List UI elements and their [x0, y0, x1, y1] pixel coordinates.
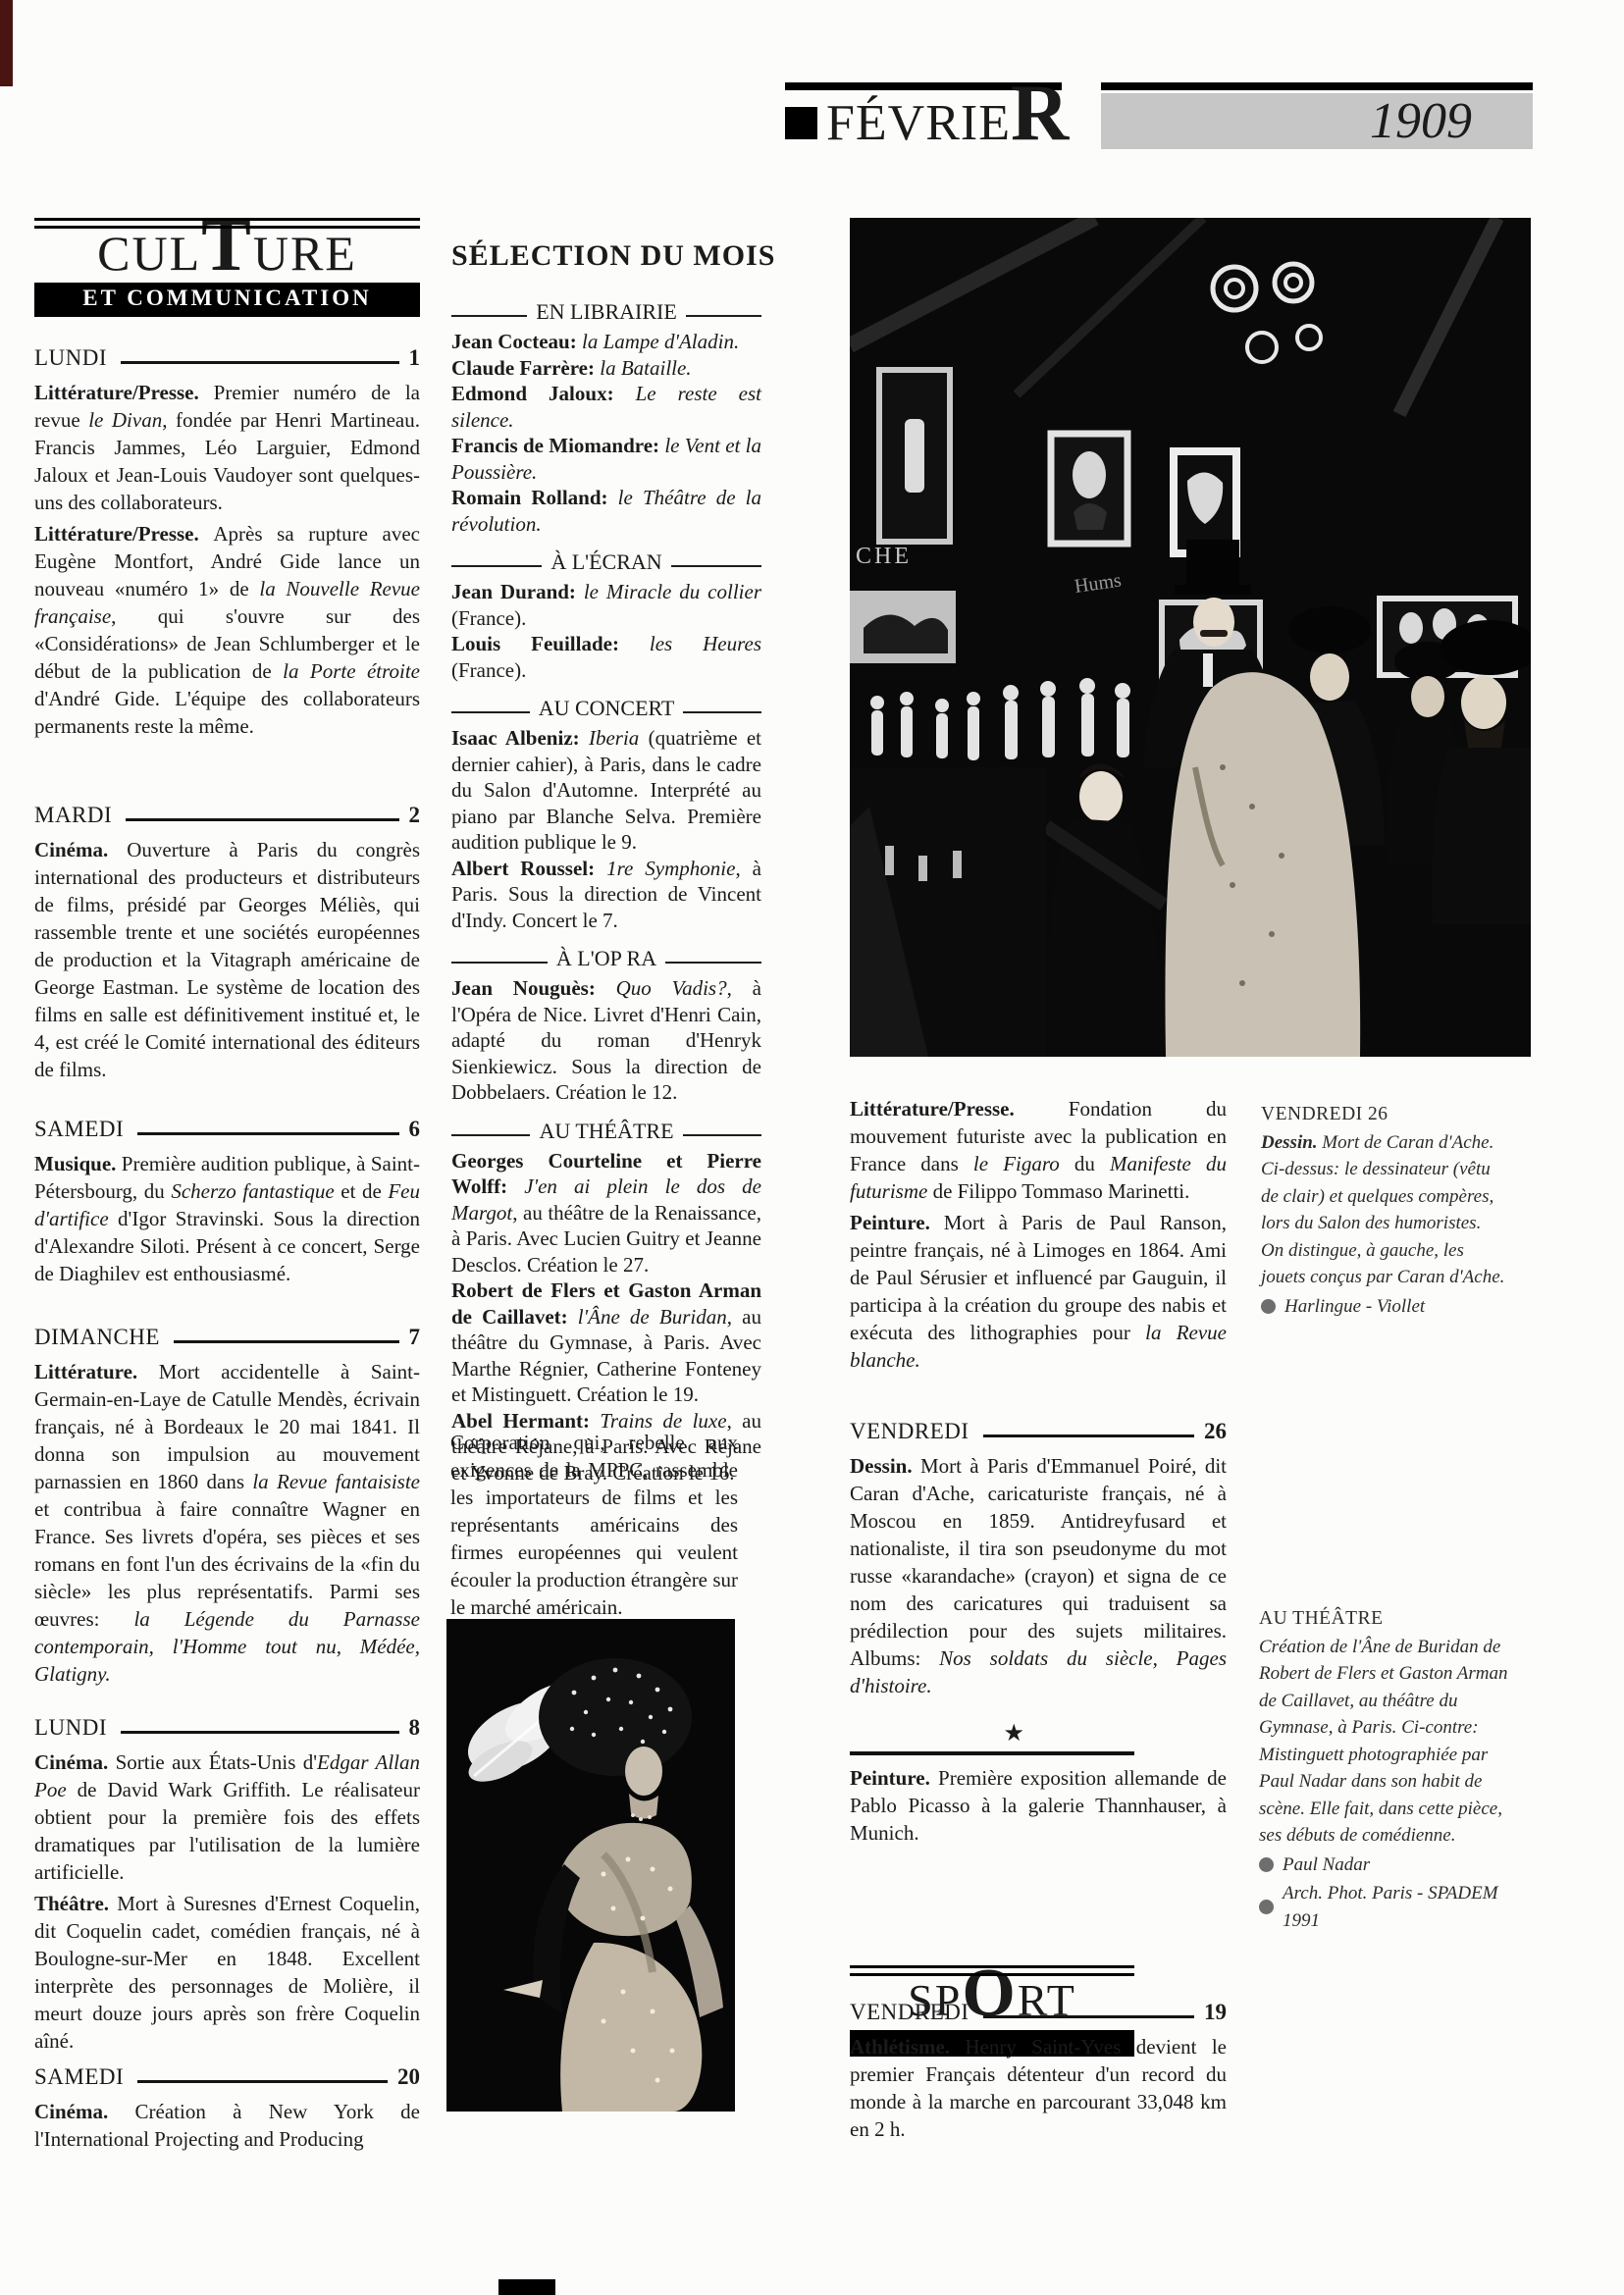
culture-subtitle-bar: ET COMMUNICATION [34, 283, 420, 317]
section-label: AU CONCERT [539, 696, 675, 720]
selection-item: Robert de Flers et Gaston Arman de Caill… [451, 1278, 761, 1408]
separator-rule [850, 1751, 1134, 1755]
continuation-paragraph-block: Corporation qui, rebelle aux exigences d… [450, 1429, 738, 1625]
section-rule [683, 711, 761, 713]
photo-credit: Harlingue - Viollet [1261, 1293, 1506, 1321]
paragraph: Athlétisme. Henry Saint-Yves devient le … [850, 2033, 1227, 2143]
section-label: AU THÉÂTRE [539, 1119, 673, 1143]
selection-item: Isaac Albeniz: Iberia (quatrième et dern… [451, 725, 761, 856]
caption-body: Dessin. Mort de Caran d'Ache. Ci-dessus:… [1261, 1129, 1506, 1291]
entry-day-header: LUNDI 1 [34, 345, 420, 371]
paragraph: Littérature. Mort accidentelle à Saint-G… [34, 1358, 420, 1688]
section-header: EN LIBRAIRIE [451, 299, 761, 324]
day-number: 8 [409, 1715, 421, 1741]
entry-day-header: MARDI 2 [34, 803, 420, 828]
photo-credit-text: Arch. Phot. Paris - SPADEM 1991 [1283, 1880, 1522, 1934]
month-banner: FÉVRIER [785, 82, 1097, 152]
paragraph: Cinéma. Sortie aux États-Unis d'Edgar Al… [34, 1748, 420, 1886]
day-number: 6 [409, 1117, 421, 1142]
day-label: SAMEDI [34, 1117, 124, 1142]
day-rule [121, 1731, 398, 1734]
day-number: 19 [1204, 2000, 1227, 2025]
month-label: FÉVRIER [785, 94, 1097, 152]
year-band: 1909 [1101, 93, 1533, 149]
print-mark-left [0, 0, 13, 86]
section-rule [451, 565, 542, 567]
caption-heading: AU THÉÂTRE [1259, 1605, 1522, 1633]
entry-vendredi-26: VENDREDI 26 Dessin. Mort à Paris d'Emman… [850, 1419, 1227, 1703]
selection-item: Romain Rolland: le Théâtre de la révolut… [451, 485, 761, 537]
right-column-paragraphs: Littérature/Presse. Fondation du mouveme… [850, 1095, 1227, 1378]
day-number: 7 [409, 1325, 421, 1350]
entry-vendredi-19: VENDREDI 19 Athlétisme. Henry Saint-Yves… [850, 2000, 1227, 2147]
section-rule [686, 315, 761, 317]
section-label: EN LIBRAIRIE [536, 299, 677, 324]
section-rule [451, 1134, 530, 1136]
photo-credit-text: Paul Nadar [1283, 1852, 1370, 1879]
masthead-rule [34, 218, 420, 221]
selection-section-opera: À L'OP RA Jean Nouguès: Quo Vadis?, à l'… [451, 946, 761, 1106]
selection-section-ecran: À L'ÉCRAN Jean Durand: le Miracle du col… [451, 549, 761, 683]
picasso-paragraph-block: Peinture. Première exposition allemande … [850, 1764, 1227, 1851]
selection-title: SÉLECTION DU MOIS [451, 238, 761, 274]
paragraph: Littérature/Presse. Fondation du mouveme… [850, 1095, 1227, 1205]
selection-item: Louis Feuillade: les Heures (France). [451, 631, 761, 683]
magazine-page: FÉVRIER 1909 CULTURE ET COMMUNICATION LU… [0, 0, 1624, 2295]
photo-credit: Paul Nadar [1259, 1852, 1522, 1879]
year-label: 1909 [1101, 93, 1533, 149]
selection-item: Jean Nouguès: Quo Vadis?, à l'Opéra de N… [451, 975, 761, 1106]
caption-body: Création de l'Âne de Buridan de Robert d… [1259, 1634, 1522, 1850]
day-rule [983, 1434, 1194, 1437]
section-label: À L'OP RA [556, 946, 656, 970]
selection-item: Albert Roussel: 1re Symphonie, à Paris. … [451, 856, 761, 934]
selection-item: Georges Courteline et Pierre Wolff: J'en… [451, 1148, 761, 1278]
salon-photo: CHE Hums [850, 218, 1531, 1057]
day-label: LUNDI [34, 1715, 107, 1741]
photo-credit-text: Harlingue - Viollet [1284, 1293, 1425, 1321]
star-separator: ★ [850, 1721, 1134, 1755]
paragraph: Musique. Première audition publique, à S… [34, 1150, 420, 1287]
day-rule [137, 2080, 388, 2083]
paragraph: Peinture. Mort à Paris de Paul Ranson, p… [850, 1209, 1227, 1374]
star-icon: ★ [850, 1721, 1134, 1747]
paragraph: Littérature/Presse. Premier numéro de la… [34, 379, 420, 516]
year-banner-rule [1101, 82, 1533, 90]
entry-day-header: DIMANCHE 7 [34, 1325, 420, 1350]
paragraph: Cinéma. Ouverture à Paris du congrès int… [34, 836, 420, 1083]
section-rule [665, 962, 761, 964]
culture-entry-lundi-8: LUNDI 8 Cinéma. Sortie aux États-Unis d'… [34, 1715, 420, 2059]
day-number: 26 [1204, 1419, 1227, 1444]
mistinguett-photo-art [446, 1619, 735, 2112]
section-header: À L'OP RA [451, 946, 761, 970]
day-label: VENDREDI [850, 1419, 969, 1444]
section-rule [451, 315, 527, 317]
selection-item: Jean Cocteau: la Lampe d'Aladin. [451, 329, 761, 355]
svg-text:CHE: CHE [856, 544, 912, 569]
salon-photo-art: CHE Hums [850, 218, 1531, 1057]
caption-theatre: AU THÉÂTRE Création de l'Âne de Buridan … [1259, 1605, 1522, 1934]
entry-day-header: LUNDI 8 [34, 1715, 420, 1741]
day-rule [983, 2015, 1194, 2018]
black-square-icon [785, 107, 817, 139]
section-header: AU THÉÂTRE [451, 1119, 761, 1143]
day-label: SAMEDI [34, 2064, 124, 2090]
selection-item: Edmond Jaloux: Le reste est silence. [451, 381, 761, 433]
entry-day-header: VENDREDI 26 [850, 1419, 1227, 1444]
section-rule [451, 962, 548, 964]
paragraph: Dessin. Mort à Paris d'Emmanuel Poiré, d… [850, 1452, 1227, 1699]
section-label: À L'ÉCRAN [550, 549, 661, 574]
entry-day-header: SAMEDI 20 [34, 2064, 420, 2090]
day-rule [174, 1340, 399, 1343]
entry-day-header: VENDREDI 19 [850, 2000, 1227, 2025]
selection-item: Jean Durand: le Miracle du collier (Fran… [451, 579, 761, 631]
photo-credit-bullet-icon [1259, 1857, 1274, 1872]
selection-section-concert: AU CONCERT Isaac Albeniz: Iberia (quatri… [451, 696, 761, 933]
photo-credit-bullet-icon [1261, 1299, 1276, 1314]
selection-column: SÉLECTION DU MOIS EN LIBRAIRIE Jean Coct… [451, 238, 761, 1486]
day-number: 2 [409, 803, 421, 828]
masthead-rule [850, 1973, 1134, 1976]
section-rule [451, 711, 530, 713]
day-number: 1 [409, 345, 421, 371]
culture-masthead: CULTURE ET COMMUNICATION [34, 218, 420, 317]
culture-entry-mardi-2: MARDI 2 Cinéma. Ouverture à Paris du con… [34, 803, 420, 1087]
culture-entry-samedi-20: SAMEDI 20 Cinéma. Création à New York de… [34, 2064, 420, 2157]
day-label: VENDREDI [850, 2000, 969, 2025]
continuation-paragraph: Corporation qui, rebelle aux exigences d… [450, 1429, 738, 1621]
paragraph: Peinture. Première exposition allemande … [850, 1764, 1227, 1847]
day-rule [126, 818, 398, 821]
day-number: 20 [397, 2064, 420, 2090]
section-header: AU CONCERT [451, 696, 761, 720]
section-rule [683, 1134, 761, 1136]
selection-section-librairie: EN LIBRAIRIE Jean Cocteau: la Lampe d'Al… [451, 299, 761, 537]
selection-item: Claude Farrère: la Bataille. [451, 355, 761, 382]
paragraph: Cinéma. Création à New York de l'Interna… [34, 2098, 420, 2153]
section-rule [671, 565, 761, 567]
mistinguett-photo [446, 1619, 735, 2112]
culture-entry-lundi-1: LUNDI 1 Littérature/Presse. Premier numé… [34, 345, 420, 744]
entry-day-header: SAMEDI 6 [34, 1117, 420, 1142]
masthead-rule [34, 226, 420, 229]
day-label: MARDI [34, 803, 112, 828]
print-mark-bottom [498, 2279, 555, 2295]
selection-item: Francis de Miomandre: le Vent et la Pous… [451, 433, 761, 485]
culture-entry-samedi-6: SAMEDI 6 Musique. Première audition publ… [34, 1117, 420, 1291]
caption-heading: VENDREDI 26 [1261, 1101, 1506, 1128]
day-rule [137, 1132, 398, 1135]
photo-credit-bullet-icon [1259, 1900, 1274, 1914]
section-header: À L'ÉCRAN [451, 549, 761, 574]
day-rule [121, 361, 398, 364]
paragraph: Théâtre. Mort à Suresnes d'Ernest Coquel… [34, 1890, 420, 2055]
day-label: LUNDI [34, 345, 107, 371]
culture-entry-dimanche-7: DIMANCHE 7 Littérature. Mort accidentell… [34, 1325, 420, 1692]
caption-salon: VENDREDI 26 Dessin. Mort de Caran d'Ache… [1261, 1101, 1506, 1320]
day-label: DIMANCHE [34, 1325, 160, 1350]
masthead-rule [850, 1965, 1134, 1968]
photo-credit: Arch. Phot. Paris - SPADEM 1991 [1259, 1880, 1522, 1934]
paragraph: Littérature/Presse. Après sa rupture ave… [34, 520, 420, 740]
year-banner: 1909 [1101, 82, 1533, 149]
